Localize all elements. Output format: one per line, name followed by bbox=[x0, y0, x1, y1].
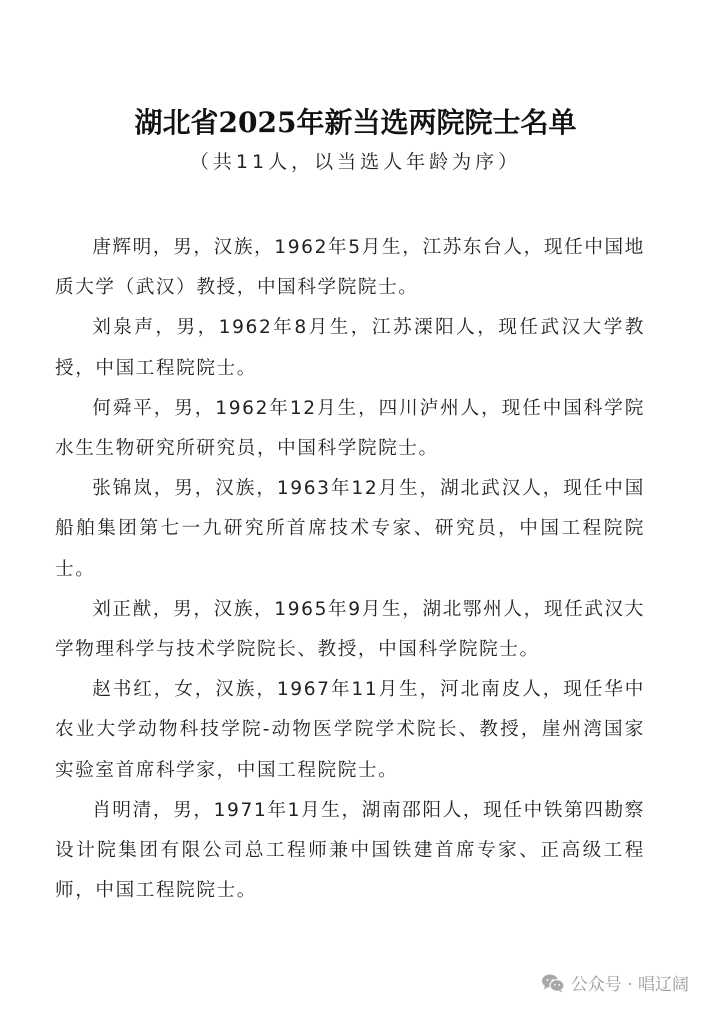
academician-list: 唐辉明，男，汉族，1962年5月生，江苏东台人，现任中国地质大学（武汉）教授，中… bbox=[55, 228, 645, 911]
list-item: 何舜平，男，1962年12月生，四川泸州人，现任中国科学院水生生物研究所研究员，… bbox=[55, 389, 645, 469]
document-subtitle: （共11人，以当选人年龄为序） bbox=[0, 148, 711, 176]
wechat-watermark: 公众号 · 唱辽阔 bbox=[541, 970, 689, 995]
list-item: 肖明清，男，1971年1月生，湖南邵阳人，现任中铁第四勘察设计院集团有限公司总工… bbox=[55, 791, 645, 912]
watermark-text: 公众号 · 唱辽阔 bbox=[571, 970, 689, 995]
list-item: 赵书红，女，汉族，1967年11月生，河北南皮人，现任华中农业大学动物科技学院-… bbox=[55, 670, 645, 791]
list-item: 刘正猷，男，汉族，1965年9月生，湖北鄂州人，现任武汉大学物理科学与技术学院院… bbox=[55, 590, 645, 670]
wechat-icon bbox=[541, 973, 565, 993]
document-title: 湖北省2025年新当选两院院士名单 bbox=[0, 103, 711, 143]
list-item: 刘泉声，男，1962年8月生，江苏溧阳人，现任武汉大学教授，中国工程院院士。 bbox=[55, 308, 645, 388]
list-item: 张锦岚，男，汉族，1963年12月生，湖北武汉人，现任中国船舶集团第七一九研究所… bbox=[55, 469, 645, 590]
list-item: 唐辉明，男，汉族，1962年5月生，江苏东台人，现任中国地质大学（武汉）教授，中… bbox=[55, 228, 645, 308]
document-page: 湖北省2025年新当选两院院士名单 （共11人，以当选人年龄为序） 唐辉明，男，… bbox=[0, 0, 711, 1011]
